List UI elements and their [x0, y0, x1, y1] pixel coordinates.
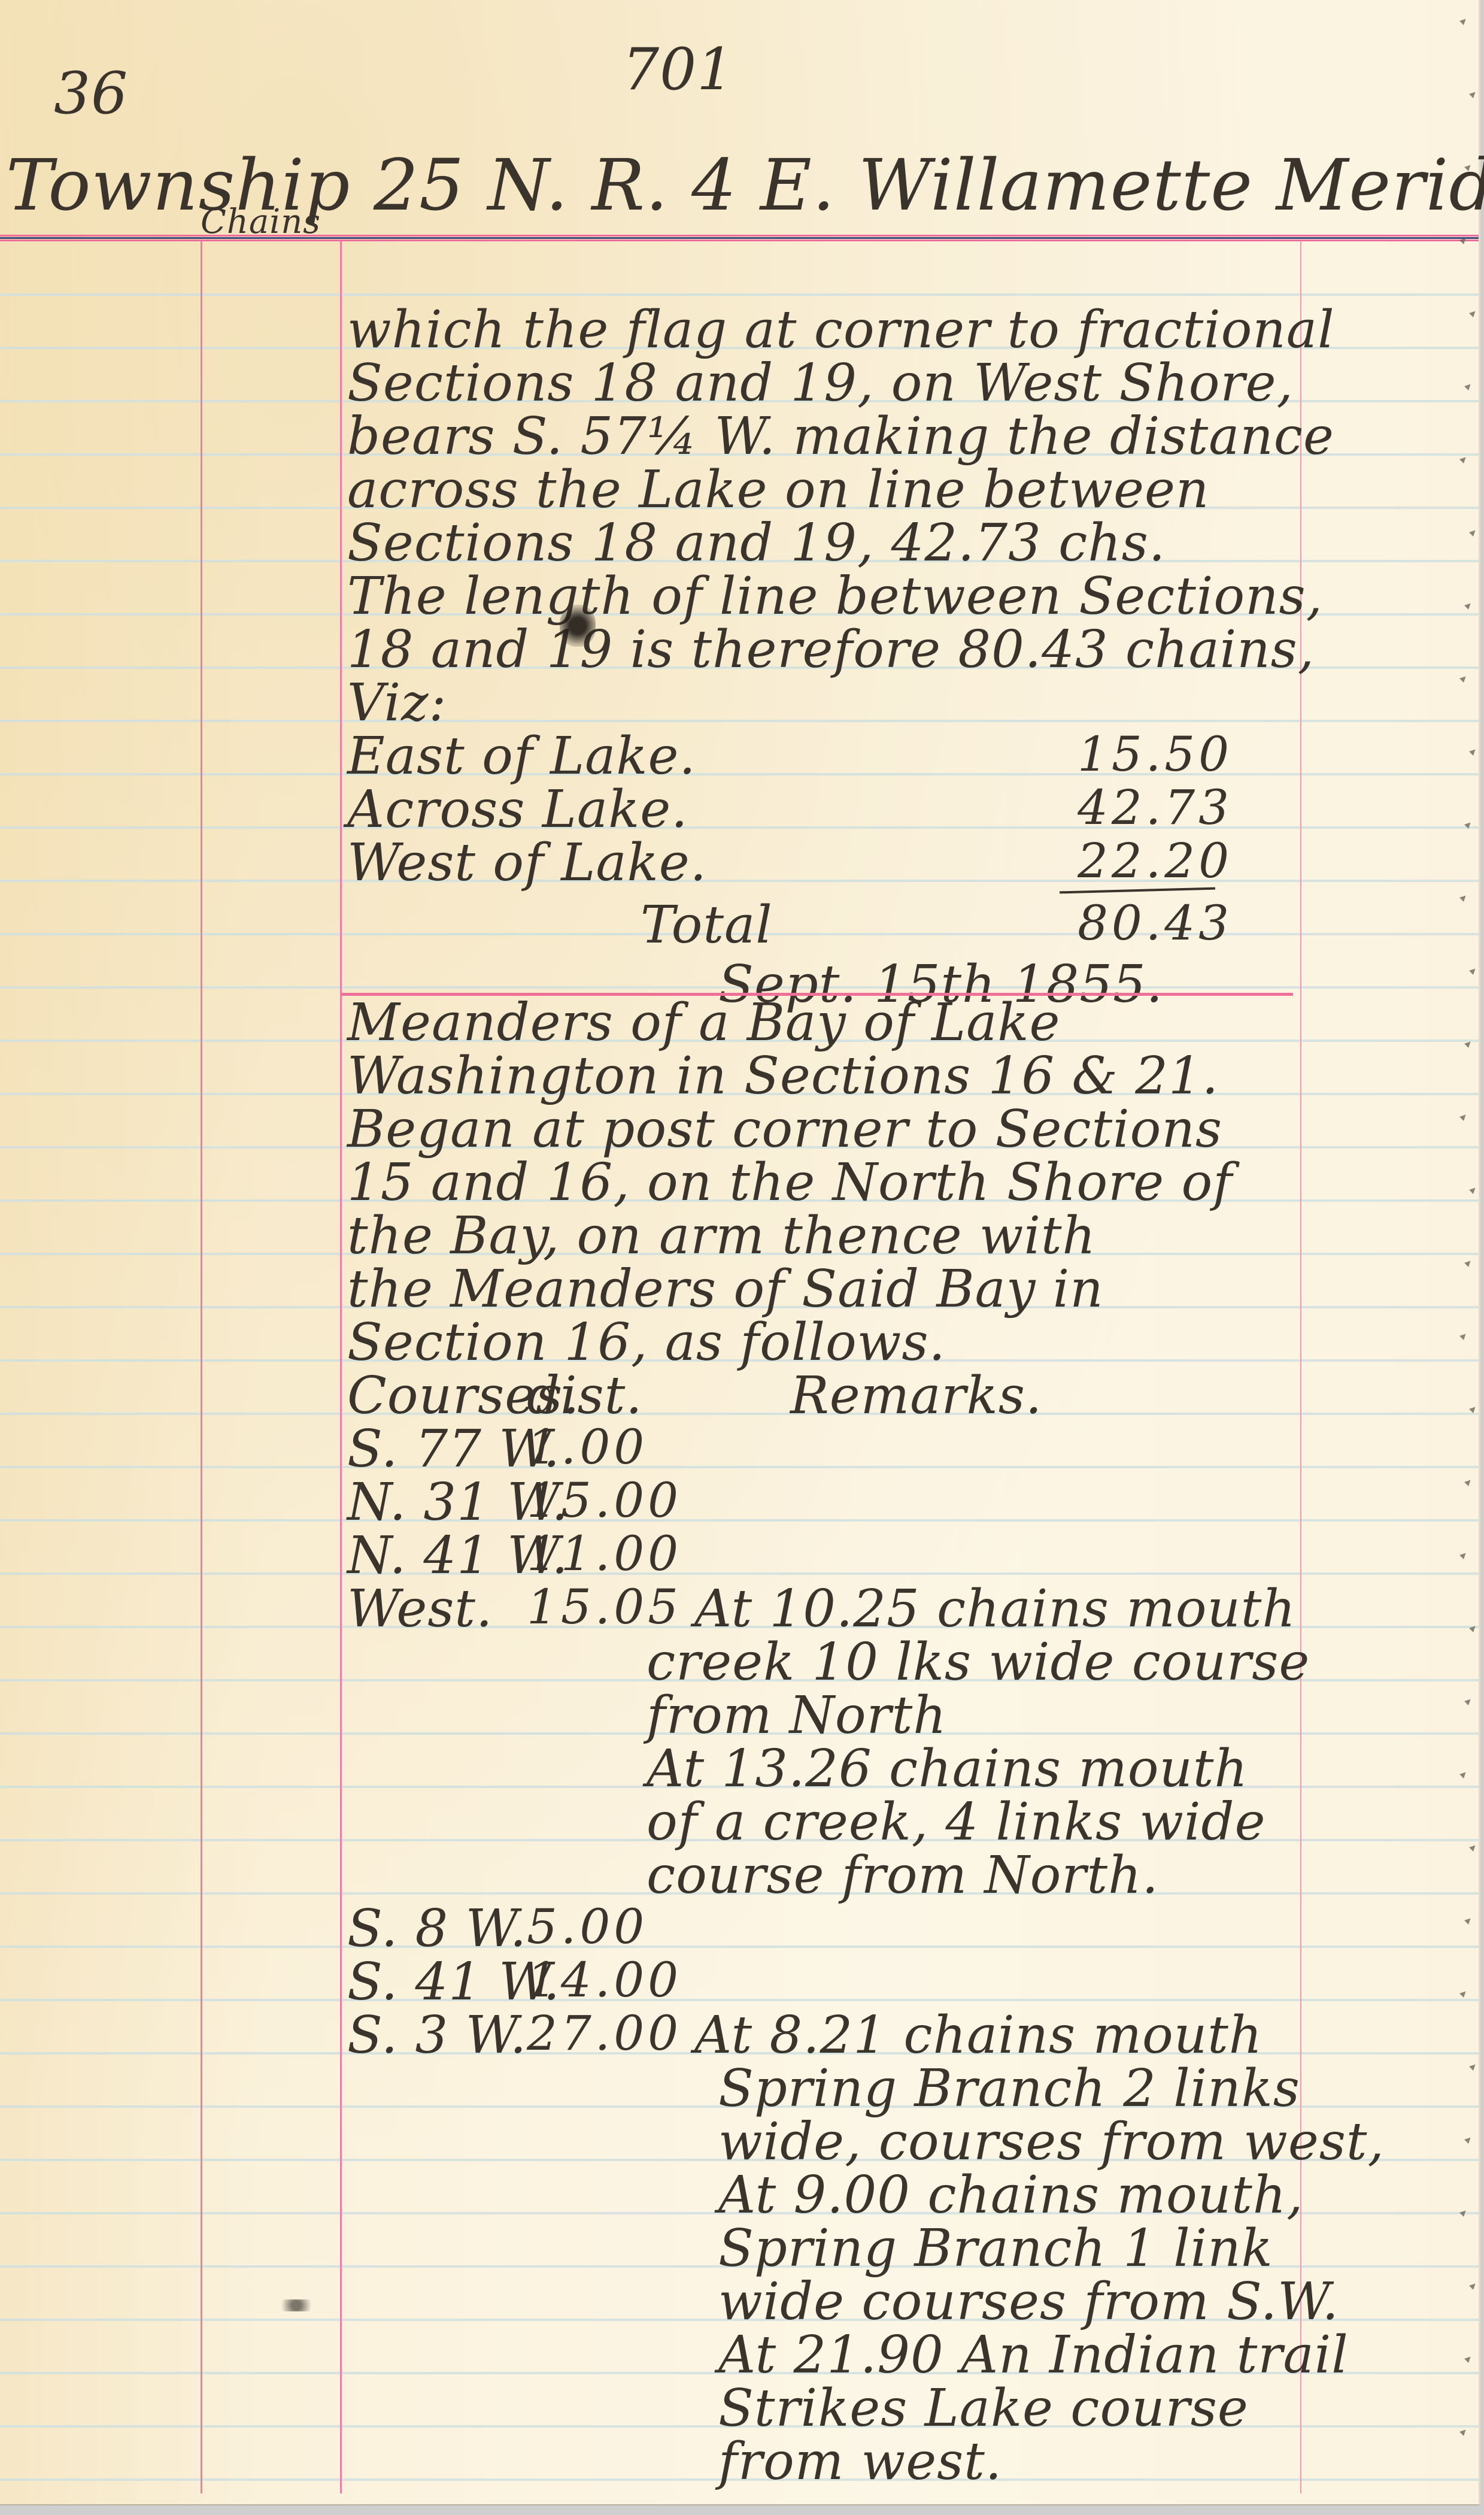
- punch-mark: [1469, 528, 1477, 537]
- punch-mark: [1459, 1989, 1468, 1998]
- meander-distance: 1.00: [527, 1419, 648, 1475]
- ruled-line: [0, 1413, 1479, 1415]
- ruled-line: [0, 1466, 1479, 1468]
- meander-remark: At 10.25 chains mouth: [694, 1579, 1296, 1639]
- note-line: the Meanders of Said Bay in: [347, 1259, 1104, 1319]
- ruled-line: [0, 826, 1479, 829]
- punch-mark: [1469, 2062, 1477, 2071]
- meander-remark: Spring Branch 1 link: [718, 2219, 1273, 2278]
- punch-mark: [1459, 2428, 1468, 2436]
- meander-remark: course from North.: [647, 1846, 1159, 1905]
- margin-line-1: [201, 241, 202, 2493]
- punch-mark: [1459, 1113, 1468, 1121]
- punch-mark: [1464, 2135, 1473, 2144]
- punch-mark: [1469, 90, 1477, 98]
- column-label-chains: Chains: [201, 202, 321, 241]
- meander-remark: Spring Branch 2 links: [718, 2059, 1300, 2119]
- note-line: Began at post corner to Sections: [347, 1099, 1222, 1159]
- page-number-center: 701: [623, 36, 734, 103]
- note-line: which the flag at corner to fractional: [347, 300, 1335, 360]
- meander-course: S. 3 W.: [347, 2005, 527, 2065]
- meander-remark: Strikes Lake course: [718, 2378, 1249, 2438]
- punch-mark: [1469, 1843, 1477, 1852]
- punch-mark: [1469, 1405, 1477, 1413]
- meander-distance: 27.00: [527, 2005, 682, 2061]
- note-line: Viz:: [347, 673, 447, 733]
- breakdown-label: East of Lake.: [347, 726, 696, 786]
- ruled-line: [0, 293, 1479, 296]
- column-header-remarks: Remarks.: [790, 1366, 1042, 1426]
- punch-mark: [1464, 1478, 1473, 1486]
- ruled-line: [0, 880, 1479, 882]
- meander-remark: from North: [647, 1686, 947, 1746]
- punch-mark: [1459, 893, 1468, 902]
- punch-mark: [1469, 2281, 1477, 2290]
- note-line: The length of line between Sections,: [347, 566, 1323, 626]
- meander-remark: At 8.21 chains mouth: [694, 2005, 1263, 2065]
- total-value: 80.43: [1078, 895, 1233, 951]
- note-line: Section 16, as follows.: [347, 1313, 946, 1372]
- breakdown-label: Across Lake.: [347, 780, 688, 840]
- punch-mark: [1469, 966, 1477, 975]
- meander-remark: creek 10 lks wide course: [647, 1632, 1310, 1692]
- meander-distance: 15.05: [527, 1579, 682, 1635]
- punch-mark: [1459, 1770, 1468, 1778]
- breakdown-label: West of Lake.: [347, 833, 707, 893]
- margin-line-2: [340, 241, 342, 2493]
- ink-speck: [275, 2299, 317, 2311]
- note-line: Sections 18 and 19, on West Shore,: [347, 353, 1294, 413]
- note-line: 18 and 19 is therefore 80.43 chains,: [347, 620, 1315, 680]
- meander-remark: At 9.00 chains mouth,: [718, 2165, 1304, 2225]
- meander-remark: from west.: [718, 2432, 1002, 2492]
- punch-mark: [1459, 1551, 1468, 1559]
- ledger-page: 36 701 Township 25 N. R. 4 E. Willamette…: [0, 0, 1480, 2505]
- meander-course: West.: [347, 1579, 493, 1639]
- meander-distance: 5.00: [527, 1899, 648, 1955]
- breakdown-value: 42.73: [1078, 780, 1233, 835]
- ruled-line: [0, 720, 1479, 722]
- note-line: bears S. 57¼ W. making the distance: [347, 407, 1334, 466]
- punch-mark: [1459, 17, 1468, 25]
- punch-mark: [1464, 2355, 1473, 2363]
- punch-mark: [1469, 1186, 1477, 1194]
- meander-remark: At 13.26 chains mouth: [647, 1739, 1248, 1799]
- ruled-line: [0, 1946, 1479, 1948]
- punch-mark: [1464, 1697, 1473, 1705]
- punch-mark: [1459, 455, 1468, 463]
- meander-remark: At 21.90 An Indian trail: [718, 2325, 1349, 2385]
- meander-distance: 14.00: [527, 1952, 682, 2008]
- punch-mark: [1464, 601, 1473, 610]
- total-label: Total: [641, 895, 773, 955]
- ruled-line: [0, 1572, 1479, 1575]
- breakdown-value: 15.50: [1078, 726, 1233, 782]
- punch-mark: [1469, 747, 1477, 756]
- punch-mark: [1469, 309, 1477, 317]
- meander-remark: of a creek, 4 links wide: [647, 1792, 1266, 1852]
- meander-distance: 15.00: [527, 1472, 682, 1528]
- ruled-line: [0, 1519, 1479, 1522]
- punch-mark: [1464, 1259, 1473, 1267]
- note-line: Meanders of a Bay of Lake: [347, 993, 1060, 1053]
- meander-remark: wide courses from S.W.: [718, 2272, 1339, 2332]
- note-line: the Bay, on arm thence with: [347, 1206, 1096, 1266]
- punch-mark: [1459, 1332, 1468, 1340]
- meander-course: S. 8 W.: [347, 1899, 527, 1959]
- punch-mark: [1464, 382, 1473, 390]
- ruled-line: [0, 1999, 1479, 2001]
- note-line: Washington in Sections 16 & 21.: [347, 1046, 1219, 1106]
- punch-mark: [1464, 1916, 1473, 1925]
- ink-blot: [560, 605, 596, 647]
- meander-remark: wide, courses from west,: [718, 2112, 1385, 2172]
- page-number-left: 36: [54, 60, 128, 127]
- meander-distance: 11.00: [527, 1526, 682, 1581]
- punch-mark: [1459, 674, 1468, 683]
- ruled-line: [0, 773, 1479, 775]
- breakdown-value: 22.20: [1078, 833, 1233, 889]
- note-line: Sections 18 and 19, 42.73 chs.: [347, 513, 1166, 573]
- column-header-dist: dist.: [527, 1366, 643, 1426]
- note-line: 15 and 16, on the North Shore of: [347, 1153, 1233, 1213]
- note-line: across the Lake on line between: [347, 460, 1209, 520]
